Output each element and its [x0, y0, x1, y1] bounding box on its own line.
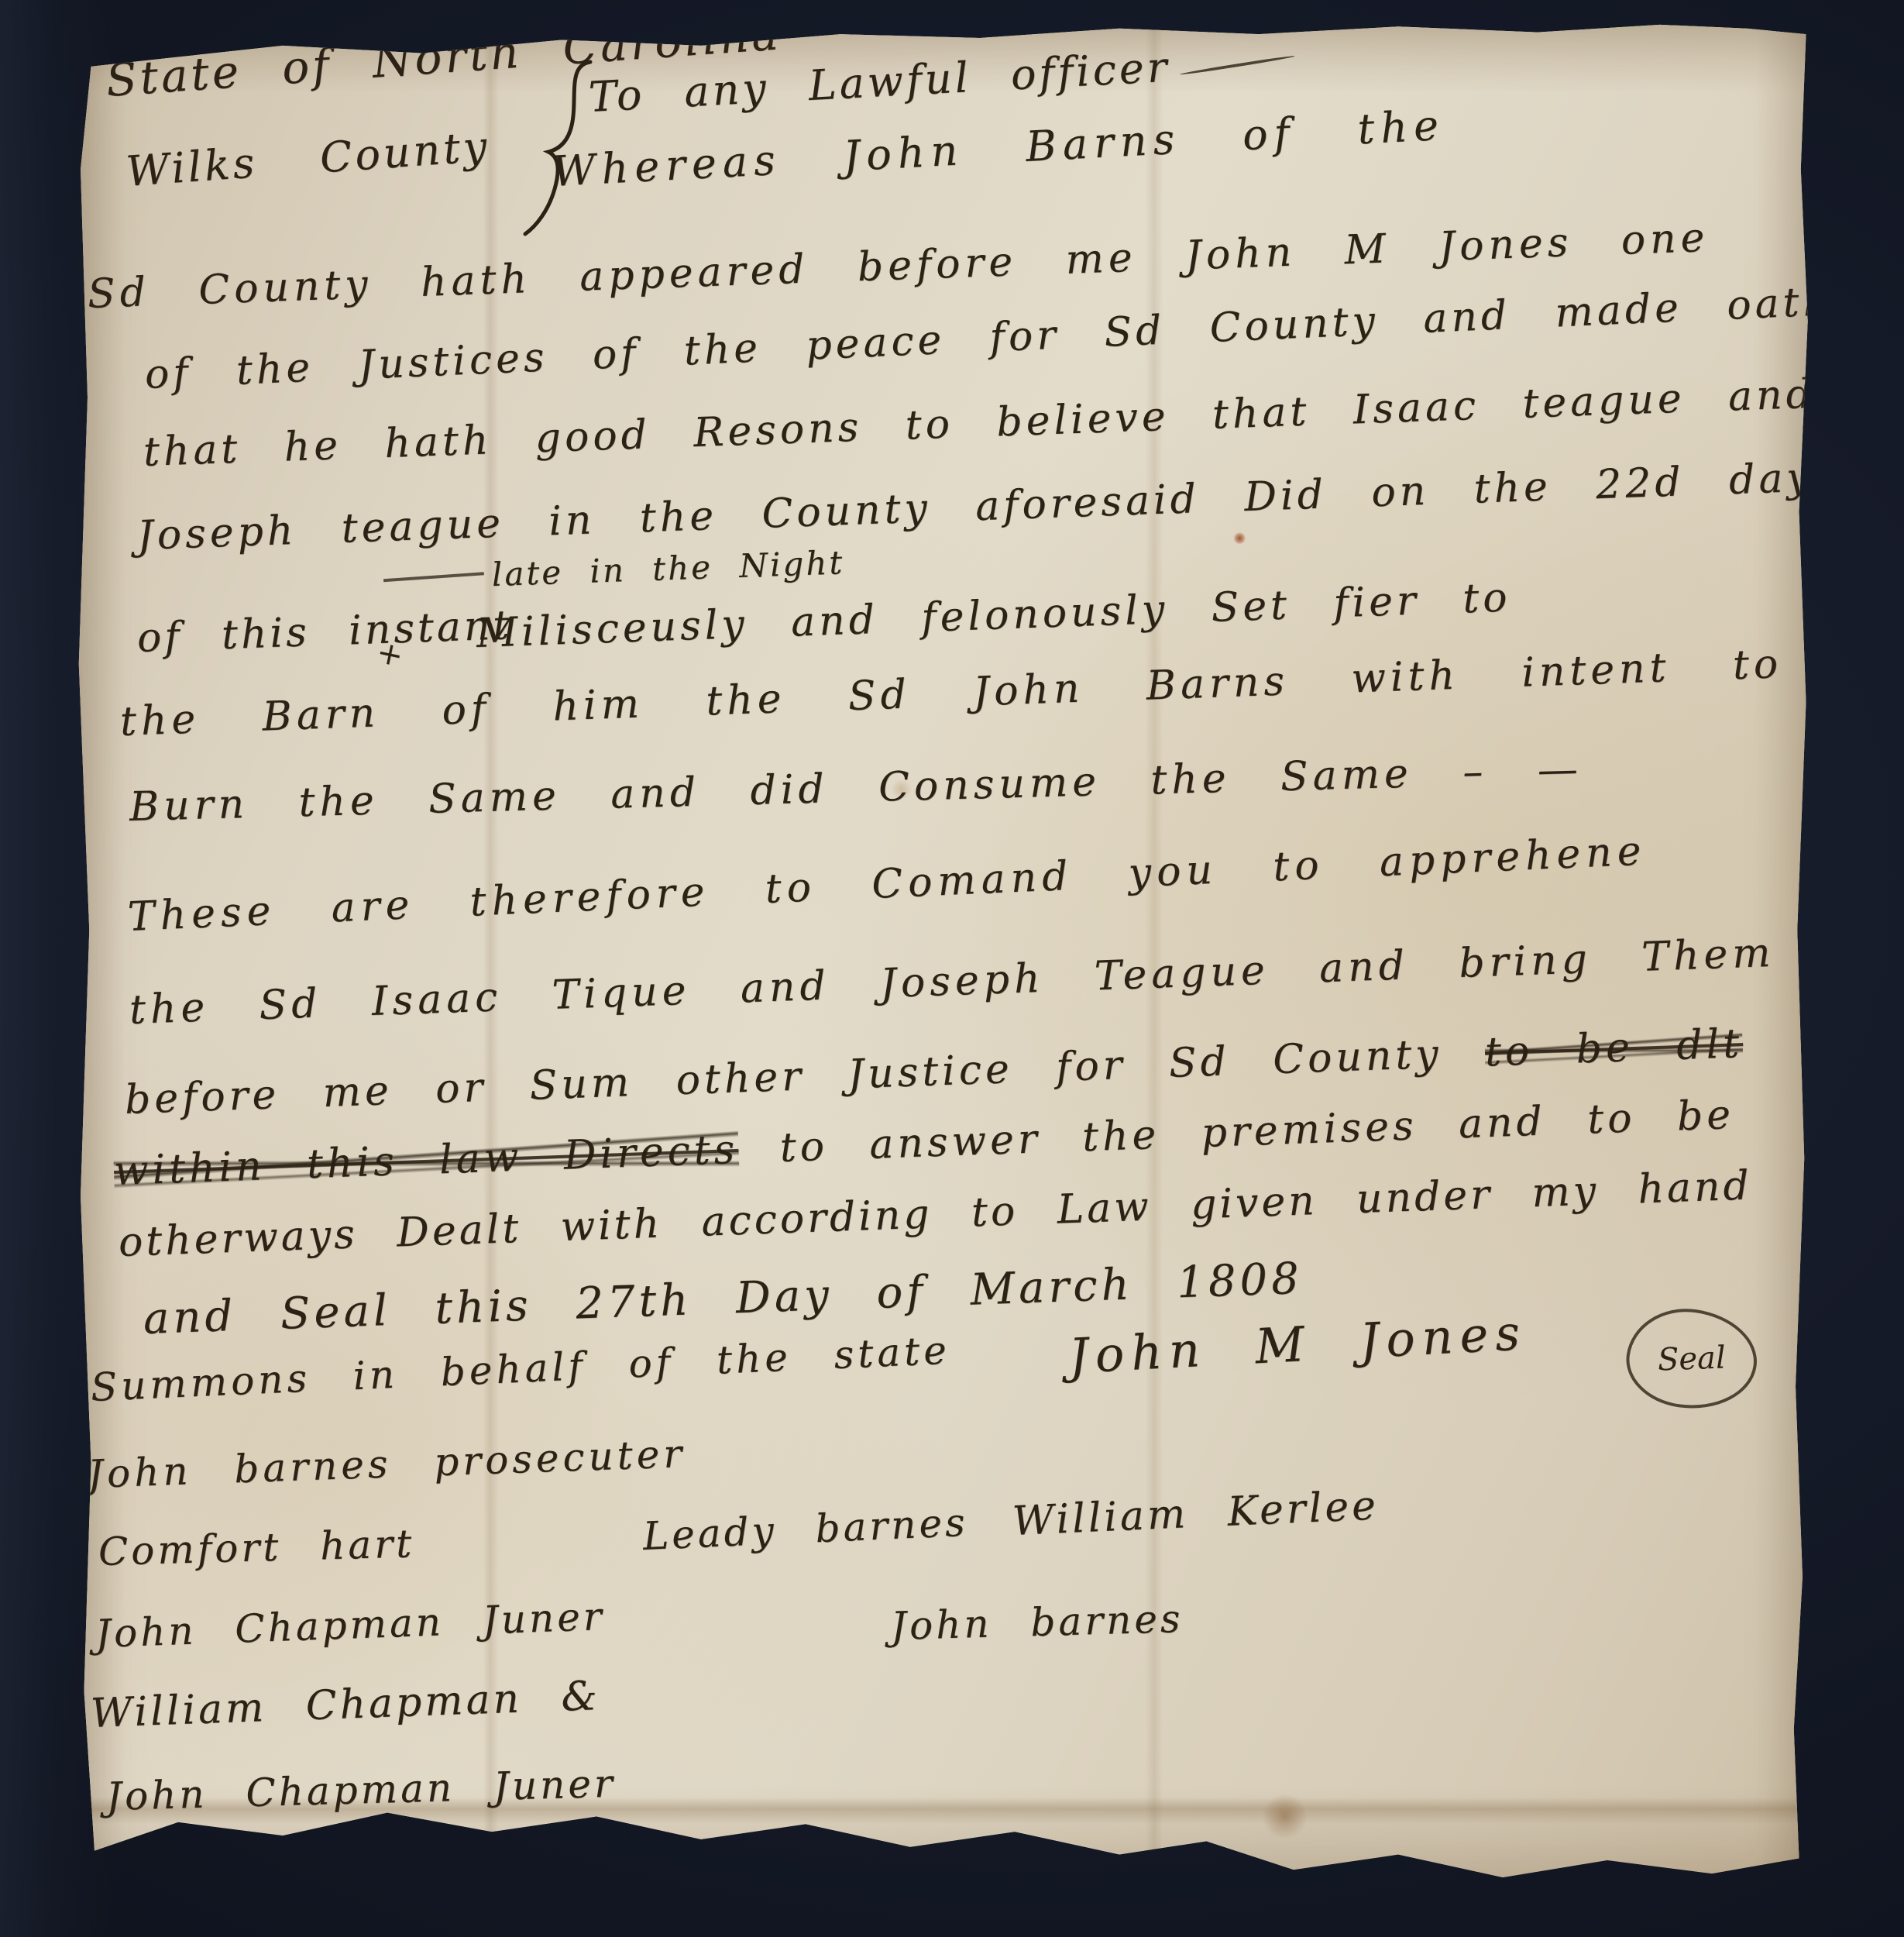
struck-out-words-1: to be dlt: [1484, 1020, 1744, 1076]
justice-signature: John M Jones: [1067, 1304, 1528, 1385]
body-line-7: Burn the Same and did Consume the Same –…: [129, 746, 1583, 831]
struck-out-words-2: within this law Directs: [113, 1127, 739, 1195]
heading-county-line: Wilks County: [125, 122, 492, 196]
seal-flourish: Seal: [1620, 1301, 1763, 1417]
command-line-2: the Sd Isaac Tique and Joseph Teague and…: [129, 930, 1776, 1034]
witness-john-chapman-juner-1: John Chapman Juner: [95, 1594, 606, 1657]
witness-william-chapman: William Chapman &: [90, 1673, 601, 1737]
prosecutor-note: John barnes prosecuter: [87, 1431, 686, 1497]
seal-label: Seal: [1657, 1340, 1726, 1378]
photo-background: State of North Carolina Wilks County To …: [0, 0, 1904, 1937]
witness-comfort-hart: Comfort hart: [98, 1521, 415, 1574]
body-line-4: Joseph teague in the County aforesaid Di…: [136, 454, 1814, 559]
command-line-4-text: to answer the premises and to be: [737, 1092, 1735, 1173]
body-line-6: the Barn of him the Sd John Barns with i…: [119, 641, 1783, 745]
command-line-1: These are therefore to Comand you to app…: [127, 827, 1648, 941]
document-paper: State of North Carolina Wilks County To …: [74, 17, 1816, 1919]
witness-william-kerlee: William Kerlee: [1012, 1482, 1380, 1545]
witness-leady-barnes: Leady barnes: [642, 1500, 969, 1559]
witness-john-barnes: John barnes: [890, 1596, 1184, 1649]
body-line-5a: of this instant: [136, 602, 513, 662]
interline-insertion: late in the Night: [383, 543, 845, 597]
witness-john-chapman-juner-2: John Chapman Juner: [105, 1761, 616, 1819]
